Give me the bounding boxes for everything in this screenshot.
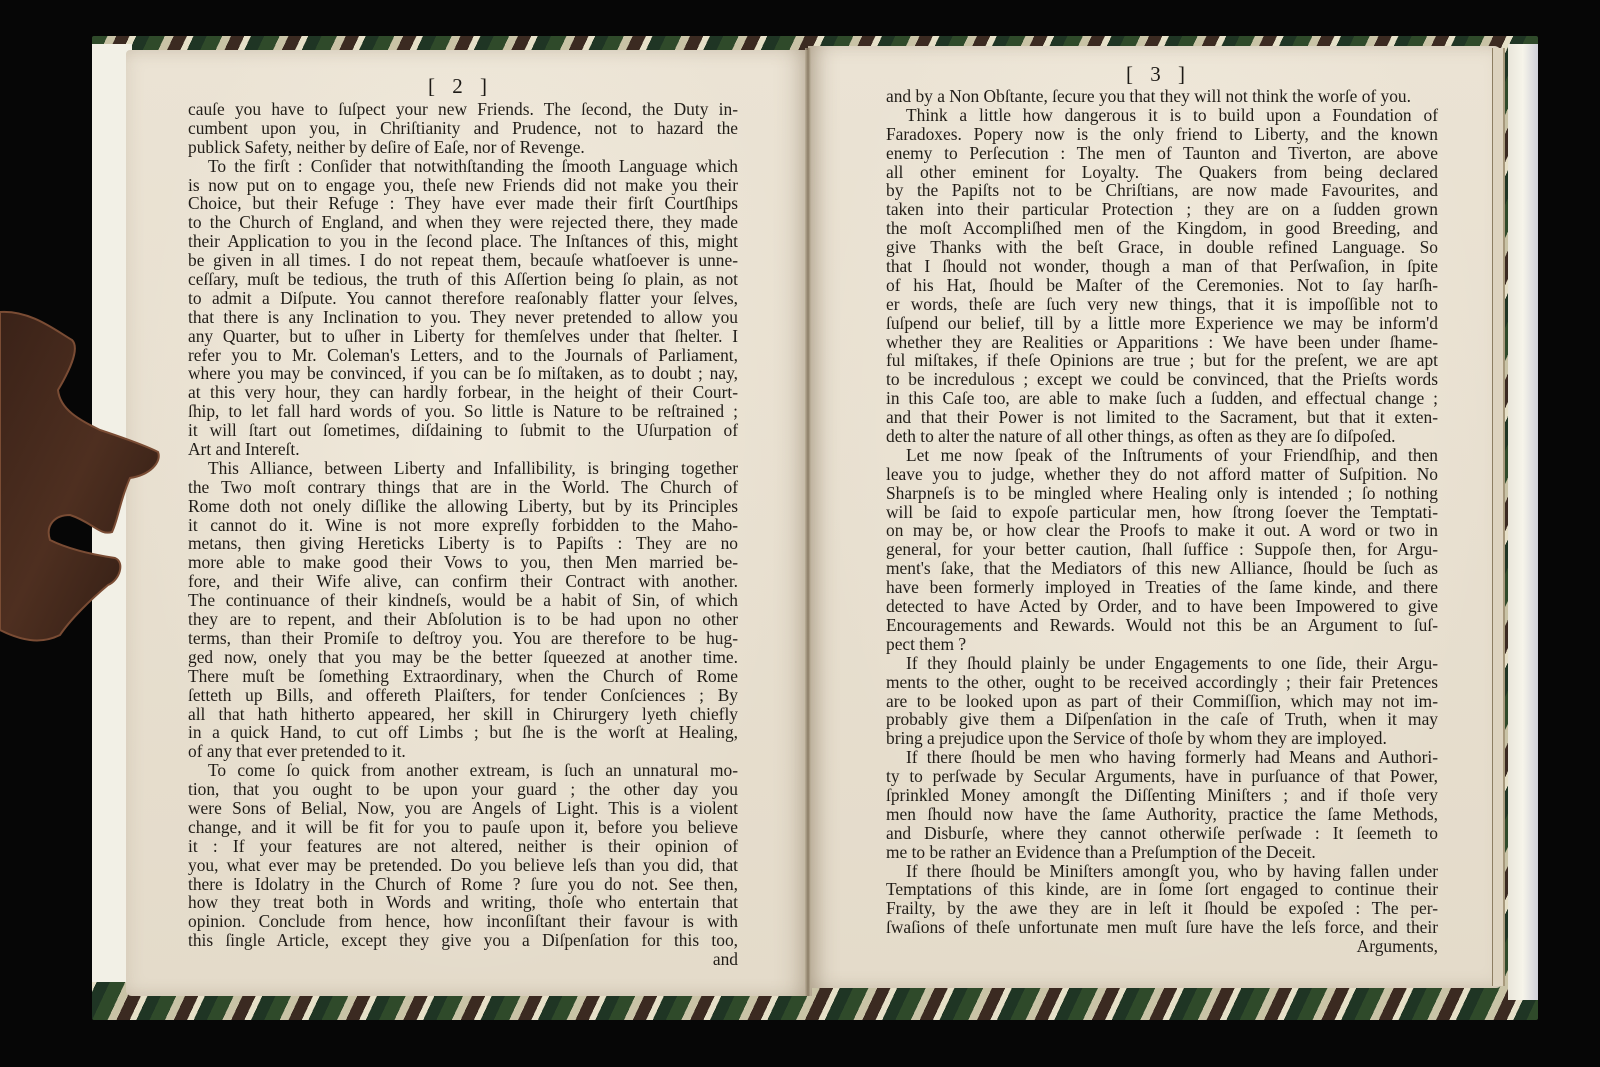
text-line: will be ſaid to expoſe particular men, h… — [886, 503, 1438, 522]
text-line: and that their Power is not limited to t… — [886, 408, 1438, 427]
text-line: deth to alter the nature of all other th… — [886, 427, 1438, 446]
text-line: all other eminent for Loyalty. The Quake… — [886, 163, 1438, 182]
text-line: whether they are Realities or Apparition… — [886, 333, 1438, 352]
text-line: enemy to Perſecution : The men of Taunto… — [886, 144, 1438, 163]
text-line: ment's ſake, that the Mediators of this … — [886, 559, 1438, 578]
text-line: at this very hour, they can hardly forbe… — [188, 383, 738, 402]
text-line: ceſſary, muſt be tedious, the truth of t… — [188, 270, 738, 289]
left-page-text: cauſe you have to ſuſpect your new Frien… — [188, 100, 738, 969]
text-line: that I ſhould not wonder, though a man o… — [886, 257, 1438, 276]
text-line: Choice, but their Refuge : They have eve… — [188, 194, 738, 213]
text-line: opinion. Conclude from hence, how inconſ… — [188, 912, 738, 931]
text-line: If there ſhould be men who having former… — [886, 748, 1438, 767]
text-line: ſhip, to let fall hard words of you. So … — [188, 402, 738, 421]
text-line: this ſingle Article, except they give yo… — [188, 931, 738, 950]
right-page-number: [ 3 ] — [1126, 62, 1191, 87]
text-line: ty to perſwade by Secular Arguments, hav… — [886, 767, 1438, 786]
book-gutter — [805, 48, 811, 996]
text-line: where you may be convinced, if you can b… — [188, 364, 738, 383]
text-line: give Thanks with the beſt Grace, in doub… — [886, 238, 1438, 257]
text-line: Art and Intereſt. — [188, 440, 738, 459]
text-line: to the Church of England, and when they … — [188, 213, 738, 232]
text-line: tion, that you ought to be upon your gua… — [188, 780, 738, 799]
text-line: ſuſpend our belief, till by a little mor… — [886, 314, 1438, 333]
text-line: they are to repent, and their Abſolution… — [188, 610, 738, 629]
text-line: their Application to you in the ſecond p… — [188, 232, 738, 251]
text-line: to be incredulous ; except we could be c… — [886, 370, 1438, 389]
text-line: the Two moſt contrary things that are in… — [188, 478, 738, 497]
left-page-number: [ 2 ] — [428, 74, 493, 99]
text-line: is now put on to engage you, theſe new F… — [188, 176, 738, 195]
text-line: how they treat both in Words and writing… — [188, 893, 738, 912]
text-line: Temptations of this kinde, are in ſome ſ… — [886, 880, 1438, 899]
text-line: taken into their particular Protection ;… — [886, 200, 1438, 219]
text-line: ſetteth up Bills, and offereth Plaiſters… — [188, 686, 738, 705]
text-line: To the firſt : Conſider that notwithſtan… — [188, 157, 738, 176]
text-line: Let me now ſpeak of the Inſtruments of y… — [886, 446, 1438, 465]
bronze-page-clip-icon — [0, 300, 170, 650]
text-line: in a quick Hand, to cut off Limbs ; but … — [188, 723, 738, 742]
text-line: it cannot do it. Wine is not more expreſ… — [188, 516, 738, 535]
text-line: er words, theſe are ſuch very new things… — [886, 295, 1438, 314]
text-line: on may be, or how clear the Proofs to ma… — [886, 521, 1438, 540]
text-line: bring a prejudice upon the Service of th… — [886, 729, 1438, 748]
text-line: and by a Non Obſtante, ſecure you that t… — [886, 87, 1438, 106]
text-line: Frailty, by the awe they are in leſt it … — [886, 899, 1438, 918]
text-line: Faradoxes. Popery now is the only friend… — [886, 125, 1438, 144]
text-line: probably give them a Diſpenſation in the… — [886, 710, 1438, 729]
text-line: leave you to judge, whether they do not … — [886, 465, 1438, 484]
text-line: were Sons of Belial, Now, you are Angels… — [188, 799, 738, 818]
text-line: pect them ? — [886, 635, 1438, 654]
page-edges — [1492, 48, 1505, 986]
text-line: This Alliance, between Liberty and Infal… — [188, 459, 738, 478]
catchword: Arguments, — [886, 937, 1438, 956]
text-line: cauſe you have to ſuſpect your new Frien… — [188, 100, 738, 119]
text-line: Encouragements and Rewards. Would not th… — [886, 616, 1438, 635]
text-line: refer you to Mr. Coleman's Letters, and … — [188, 346, 738, 365]
text-line: Sharpneſs is to be mingled where Healing… — [886, 484, 1438, 503]
text-line: be given in all times. I do not repeat t… — [188, 251, 738, 270]
text-line: have been formerly imployed in Treaties … — [886, 578, 1438, 597]
text-line: fore, and their Wife alive, can confirm … — [188, 572, 738, 591]
text-line: any Quarter, but to uſher in Liberty for… — [188, 327, 738, 346]
text-line: me to be rather an Evidence than a Preſu… — [886, 843, 1438, 862]
text-line: ſprinkled Money amongſt the Diſſenting M… — [886, 786, 1438, 805]
text-line: of his Hat, ſhould be Maſter of the Cere… — [886, 276, 1438, 295]
text-line: cumbent upon you, in Chriſtianity and Pr… — [188, 119, 738, 138]
text-line: Rome doth not onely diſlike the allowing… — [188, 497, 738, 516]
text-line: If there ſhould be Miniſters amongſt you… — [886, 862, 1438, 881]
text-line: by the Papiſts not to be Chriſtians, are… — [886, 181, 1438, 200]
text-line: There muſt be ſomething Extraordinary, w… — [188, 667, 738, 686]
text-line: there is Idolatry in the Church of Rome … — [188, 875, 738, 894]
text-line: The continuance of their kindneſs, would… — [188, 591, 738, 610]
catchword: and — [188, 950, 738, 969]
text-line: ged now, onely that you may be the bette… — [188, 648, 738, 667]
text-line: If they ſhould plainly be under Engageme… — [886, 654, 1438, 673]
text-line: men ſhould now have the ſame Authority, … — [886, 805, 1438, 824]
text-line: Think a little how dangerous it is to bu… — [886, 106, 1438, 125]
text-line: metans, then giving Hereticks Liberty is… — [188, 534, 738, 553]
text-line: To come ſo quick from another extream, i… — [188, 761, 738, 780]
text-line: and Disburſe, where they cannot otherwiſ… — [886, 824, 1438, 843]
text-line: general, for your better caution, ſhall … — [886, 540, 1438, 559]
book-photo-scene: [ 2 ] [ 3 ] cauſe you have to ſuſpect yo… — [0, 0, 1600, 1067]
text-line: the moſt Accompliſhed men of the Kingdom… — [886, 219, 1438, 238]
text-line: change, and it will be fit for you to pa… — [188, 818, 738, 837]
text-line: to admit a Diſpute. You cannot therefore… — [188, 289, 738, 308]
text-line: more able to make good their Vows to you… — [188, 553, 738, 572]
right-page-text: and by a Non Obſtante, ſecure you that t… — [886, 87, 1438, 956]
text-line: of any that ever pretended to it. — [188, 742, 738, 761]
text-line: it will ſtart out ſometimes, diſdaining … — [188, 421, 738, 440]
text-line: ſwaſions of theſe unfortunate men muſt ſ… — [886, 918, 1438, 937]
text-line: detected to have Acted by Order, and to … — [886, 597, 1438, 616]
text-line: that there is any Inclination to you. Th… — [188, 308, 738, 327]
text-line: ful miſtakes, if theſe Opinions are true… — [886, 351, 1438, 370]
right-endpaper — [1508, 44, 1538, 1000]
text-line: in this Caſe too, are able to make ſuch … — [886, 389, 1438, 408]
text-line: terms, than their Promiſe to deſtroy you… — [188, 629, 738, 648]
text-line: are to be looked upon as part of their C… — [886, 692, 1438, 711]
text-line: ments to the other, ought to be received… — [886, 673, 1438, 692]
text-line: publick Safety, neither by deſire of Eaſ… — [188, 138, 738, 157]
text-line: you, what ever may be pretended. Do you … — [188, 856, 738, 875]
text-line: it : If your features are not altered, n… — [188, 837, 738, 856]
text-line: all that hath hitherto appeared, her ski… — [188, 705, 738, 724]
